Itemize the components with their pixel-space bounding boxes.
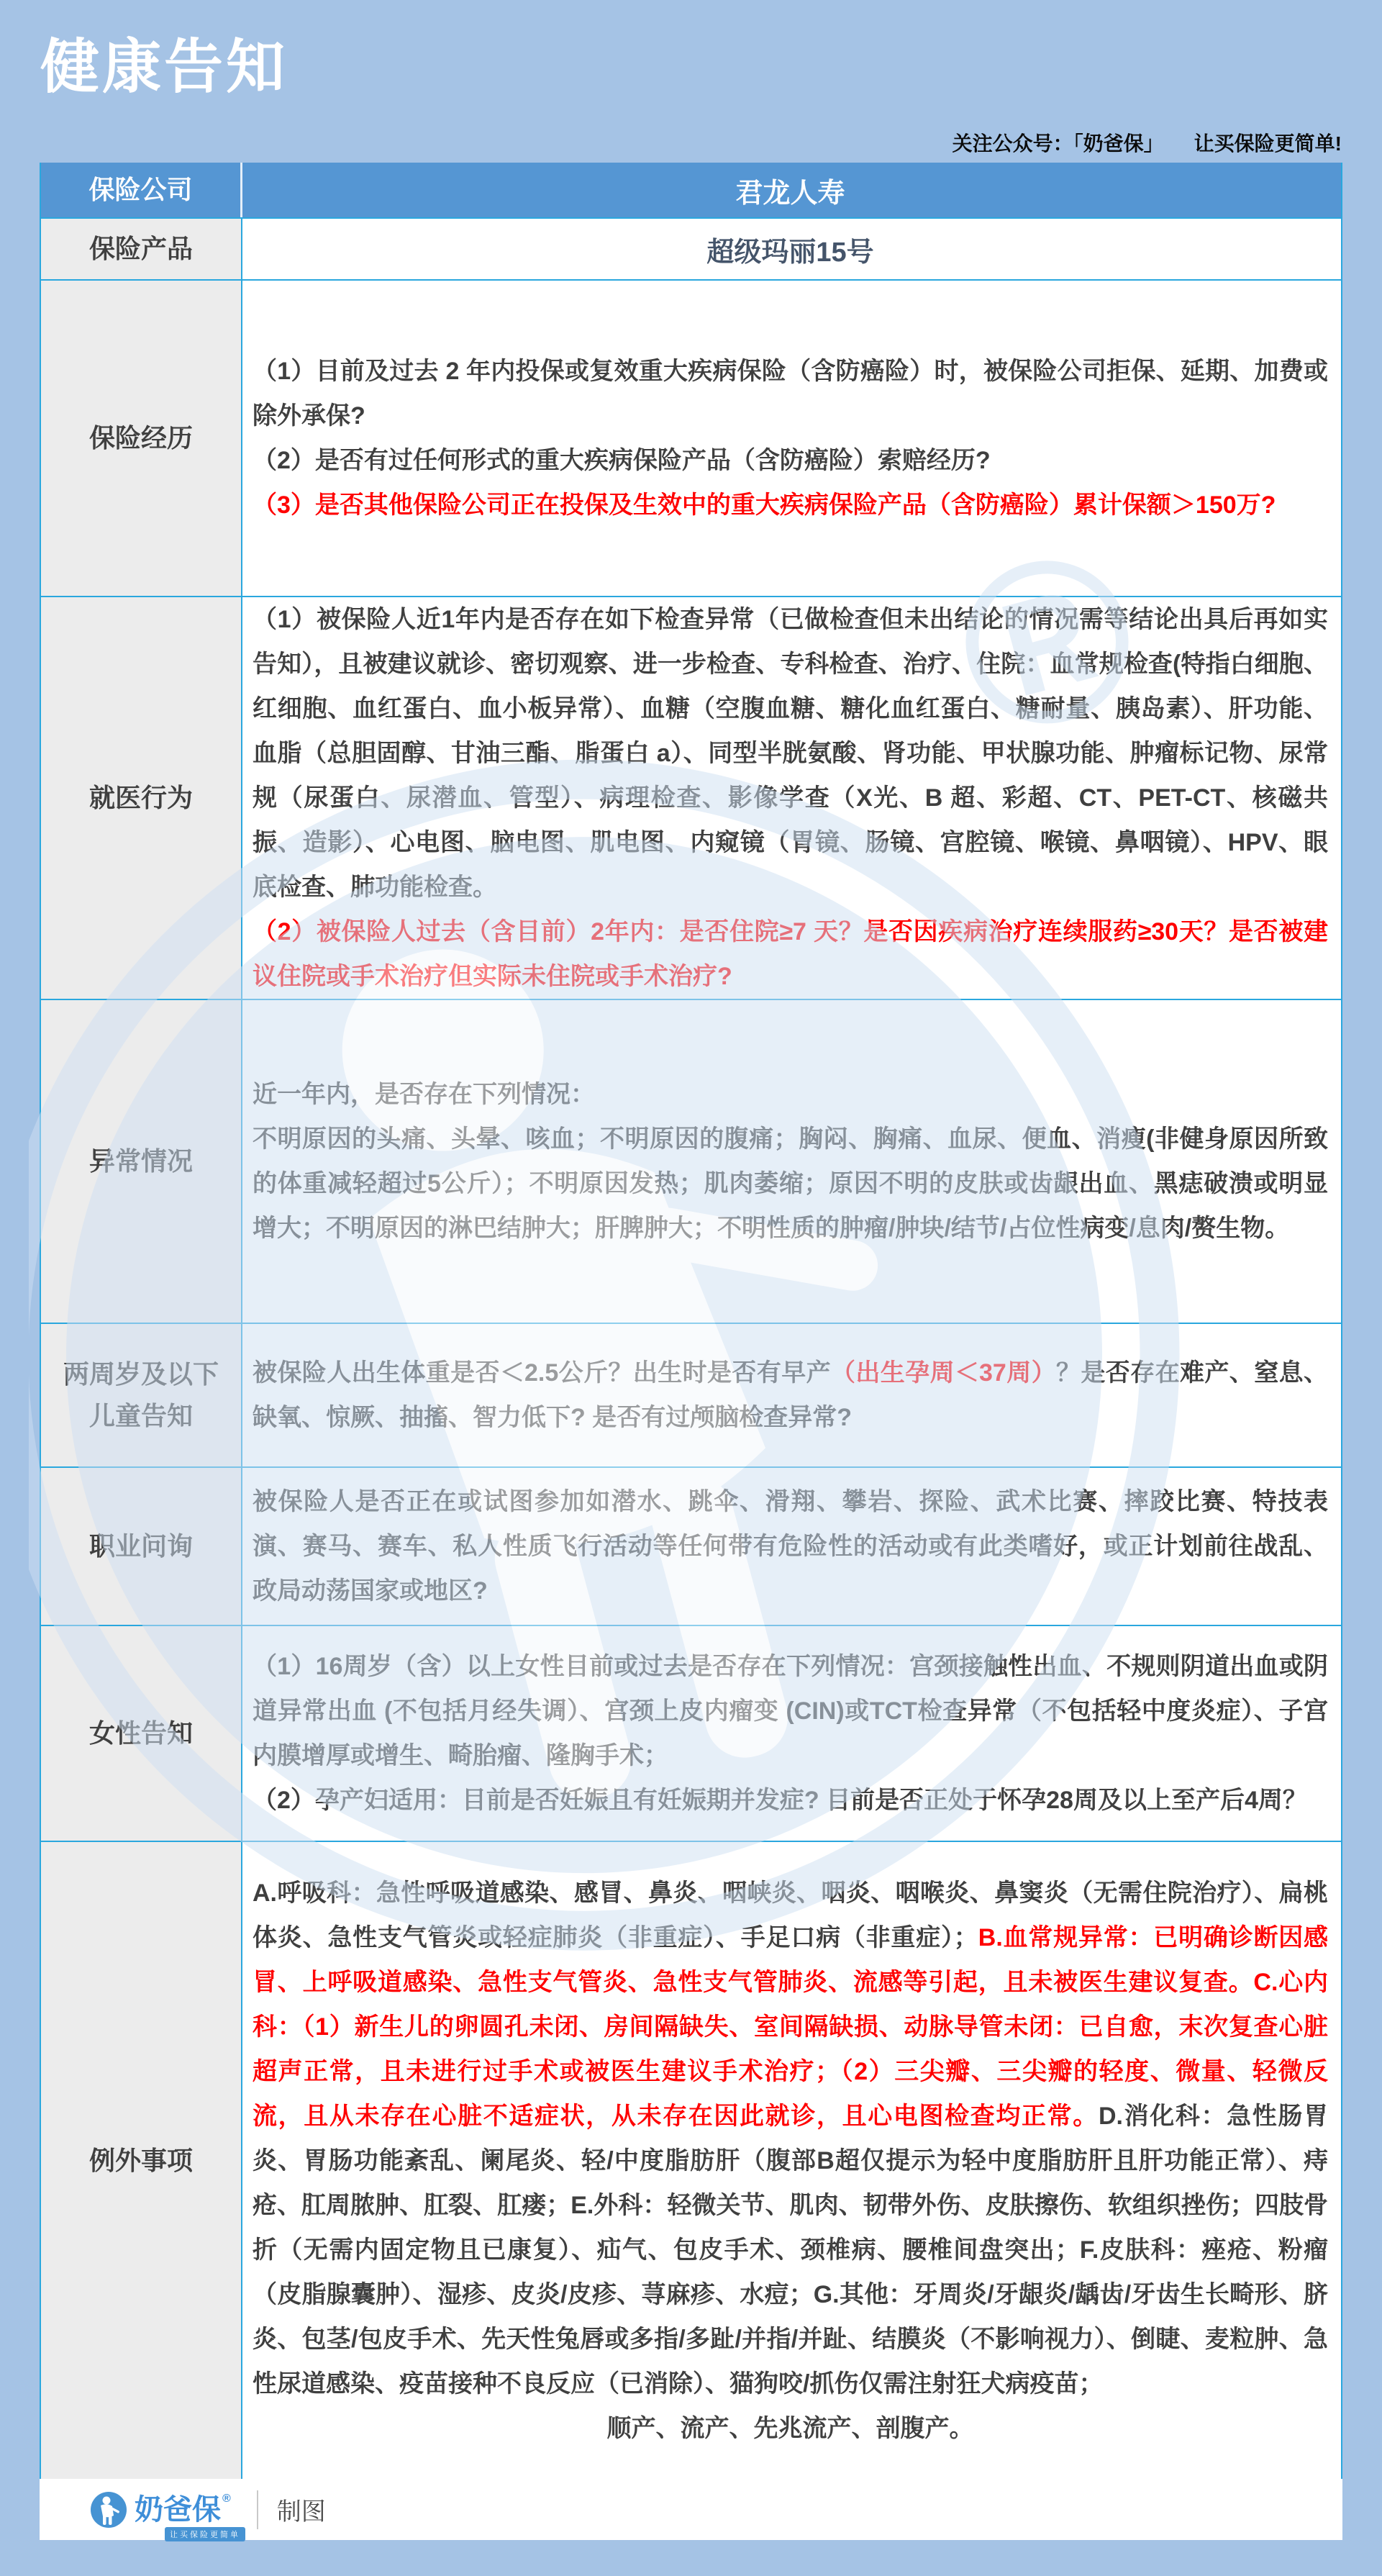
text-segment: （1）目前及过去 2 年内投保或复效重大疾病保险（含防癌险）时，被保险公司拒保、…: [253, 358, 1328, 430]
text-segment: 近一年内，是否存在下列情况：: [253, 1081, 595, 1108]
page-title: 健康告知: [40, 20, 288, 104]
text-segment: （出生孕周＜37周）: [831, 1359, 1056, 1387]
text-segment: 被保险人出生体重是否＜2.5公斤？出生时是否有早产: [253, 1359, 831, 1387]
row-content-exceptions: A.呼吸科：急性呼吸道感染、感冒、鼻炎、咽峡炎、咽炎、咽喉炎、鼻窦炎（无需住院治…: [242, 1842, 1341, 2479]
text-segment: （2）被保险人过去（含目前）2年内：是否住院≥7 天？是否因疾病治疗连续服药≥3…: [253, 918, 1328, 990]
text-segment: 被保险人是否正在或试图参加如潜水、跳伞、滑翔、攀岩、探险、武术比赛、摔跤比赛、特…: [253, 1488, 1328, 1605]
row-content-children-under-two: 被保险人出生体重是否＜2.5公斤？出生时是否有早产（出生孕周＜37周）？是否存在…: [242, 1324, 1341, 1466]
row-content-occupation-inquiry: 被保险人是否正在或试图参加如潜水、跳伞、滑翔、攀岩、探险、武术比赛、摔跤比赛、特…: [242, 1468, 1341, 1625]
paragraph: A.呼吸科：急性呼吸道感染、感冒、鼻炎、咽峡炎、咽炎、咽喉炎、鼻窦炎（无需住院治…: [253, 1871, 1328, 2406]
row-label-company: 保险公司: [41, 163, 242, 217]
text-segment: （1）被保险人近1年内是否存在如下检查异常（已做检查但未出结论的情况需等结论出具…: [253, 606, 1328, 901]
row-label-children-under-two: 两周岁及以下儿童告知: [41, 1324, 242, 1466]
company-name: 君龙人寿: [253, 171, 1328, 210]
table-row-company: 保险公司 君龙人寿: [41, 163, 1341, 219]
table-row-abnormal-conditions: 异常情况 近一年内，是否存在下列情况：不明原因的头痛、头晕、咳血；不明原因的腹痛…: [41, 1000, 1341, 1324]
text-segment: D.消化科：急性肠胃炎、胃肠功能紊乱、阑尾炎、轻/中度脂肪肝（腹部B超仅提示为轻…: [253, 2103, 1328, 2398]
table-row-insurance-history: 保险经历 （1）目前及过去 2 年内投保或复效重大疾病保险（含防癌险）时，被保险…: [41, 281, 1341, 597]
paragraph: 被保险人出生体重是否＜2.5公斤？出生时是否有早产（出生孕周＜37周）？是否存在…: [253, 1351, 1328, 1440]
row-content-medical-behavior: （1）被保险人近1年内是否存在如下检查异常（已做检查但未出结论的情况需等结论出具…: [242, 597, 1341, 999]
paragraph: （1）被保险人近1年内是否存在如下检查异常（已做检查但未出结论的情况需等结论出具…: [253, 597, 1328, 910]
table-row-product: 保险产品 超级玛丽15号: [41, 219, 1341, 281]
paragraph: 被保险人是否正在或试图参加如潜水、跳伞、滑翔、攀岩、探险、武术比赛、摔跤比赛、特…: [253, 1479, 1328, 1613]
paragraph: 顺产、流产、先兆流产、剖腹产。: [253, 2406, 1328, 2451]
brand-registered-mark: ®: [222, 2493, 231, 2505]
text-segment: （2）孕产妇适用：目前是否妊娠且有妊娠期并发症? 目前是否正处于怀孕28周及以上…: [253, 1787, 1307, 1814]
row-label-occupation-inquiry: 职业问询: [41, 1468, 242, 1625]
footer-divider: [257, 2490, 258, 2529]
row-label-insurance-history: 保险经历: [41, 281, 242, 596]
table-row-exceptions: 例外事项 A.呼吸科：急性呼吸道感染、感冒、鼻炎、咽峡炎、咽炎、咽喉炎、鼻窦炎（…: [41, 1842, 1341, 2479]
brand-tagline: 让买保险更简单: [165, 2527, 245, 2541]
text-segment: 不明原因的头痛、头晕、咳血；不明原因的腹痛；胸闷、胸痛、血尿、便血、消瘦(非健身…: [253, 1125, 1328, 1242]
footer-bar: 奶爸保 ® 让买保险更简单 制图: [40, 2479, 1342, 2540]
public-account-slogan: 关注公众号：「奶爸保」 让买保险更简单!: [953, 128, 1342, 157]
row-content-product: 超级玛丽15号: [242, 219, 1341, 279]
table-row-children-under-two: 两周岁及以下儿童告知 被保险人出生体重是否＜2.5公斤？出生时是否有早产（出生孕…: [41, 1324, 1341, 1468]
brand-name: 奶爸保: [135, 2495, 221, 2524]
table-row-occupation-inquiry: 职业问询 被保险人是否正在或试图参加如潜水、跳伞、滑翔、攀岩、探险、武术比赛、摔…: [41, 1468, 1341, 1626]
table-row-medical-behavior: 就医行为 （1）被保险人近1年内是否存在如下检查异常（已做检查但未出结论的情况需…: [41, 597, 1341, 1000]
row-label-exceptions: 例外事项: [41, 1842, 242, 2479]
paragraph: （2）孕产妇适用：目前是否妊娠且有妊娠期并发症? 目前是否正处于怀孕28周及以上…: [253, 1778, 1328, 1823]
paragraph: （3）是否其他保险公司正在投保及生效中的重大疾病保险产品（含防癌险）累计保额＞1…: [253, 483, 1328, 527]
row-label-product: 保险产品: [41, 219, 242, 279]
row-content-abnormal-conditions: 近一年内，是否存在下列情况：不明原因的头痛、头晕、咳血；不明原因的腹痛；胸闷、胸…: [242, 1000, 1341, 1323]
row-label-medical-behavior: 就医行为: [41, 597, 242, 999]
row-content-company: 君龙人寿: [242, 163, 1341, 217]
naibabao-logo-icon: [90, 2491, 127, 2529]
row-content-female-notice: （1）16周岁（含）以上女性目前或过去是否存在下列情况：宫颈接触性出血、不规则阴…: [242, 1626, 1341, 1841]
paragraph: （2）被保险人过去（含目前）2年内：是否住院≥7 天？是否因疾病治疗连续服药≥3…: [253, 910, 1328, 999]
health-notice-table: 保险公司 君龙人寿 保险产品 超级玛丽15号 保险经历 （1）目前及过去 2 年…: [40, 163, 1342, 2480]
text-segment: （1）16周岁（含）以上女性目前或过去是否存在下列情况：宫颈接触性出血、不规则阴…: [253, 1653, 1328, 1769]
health-notice-infographic: 健康告知 关注公众号：「奶爸保」 让买保险更简单! 保险公司 君龙人寿 保险产品…: [0, 0, 1382, 2576]
paragraph: 近一年内，是否存在下列情况：: [253, 1072, 1328, 1117]
text-segment: B.血常规异常：已明确诊断因感冒、上呼吸道感染、急性支气管炎、急性支气管肺炎、流…: [253, 1924, 1328, 2130]
paragraph: 不明原因的头痛、头晕、咳血；不明原因的腹痛；胸闷、胸痛、血尿、便血、消瘦(非健身…: [253, 1117, 1328, 1251]
text-segment: （2）是否有过任何形式的重大疾病保险产品（含防癌险）索赔经历?: [253, 447, 991, 474]
paragraph: （1）目前及过去 2 年内投保或复效重大疾病保险（含防癌险）时，被保险公司拒保、…: [253, 349, 1328, 438]
table-row-female-notice: 女性告知 （1）16周岁（含）以上女性目前或过去是否存在下列情况：宫颈接触性出血…: [41, 1626, 1341, 1842]
footer-maker-label: 制图: [277, 2492, 326, 2527]
text-segment: （3）是否其他保险公司正在投保及生效中的重大疾病保险产品（含防癌险）累计保额＞1…: [253, 491, 1276, 519]
paragraph: （1）16周岁（含）以上女性目前或过去是否存在下列情况：宫颈接触性出血、不规则阴…: [253, 1644, 1328, 1778]
text-segment: 顺产、流产、先兆流产、剖腹产。: [607, 2415, 974, 2442]
paragraph: （2）是否有过任何形式的重大疾病保险产品（含防癌险）索赔经历?: [253, 438, 1328, 483]
row-content-insurance-history: （1）目前及过去 2 年内投保或复效重大疾病保险（含防癌险）时，被保险公司拒保、…: [242, 281, 1341, 596]
row-label-abnormal-conditions: 异常情况: [41, 1000, 242, 1323]
footer-brand: 奶爸保 ® 让买保险更简单: [127, 2495, 231, 2524]
product-name: 超级玛丽15号: [253, 230, 1328, 269]
row-label-female-notice: 女性告知: [41, 1626, 242, 1841]
